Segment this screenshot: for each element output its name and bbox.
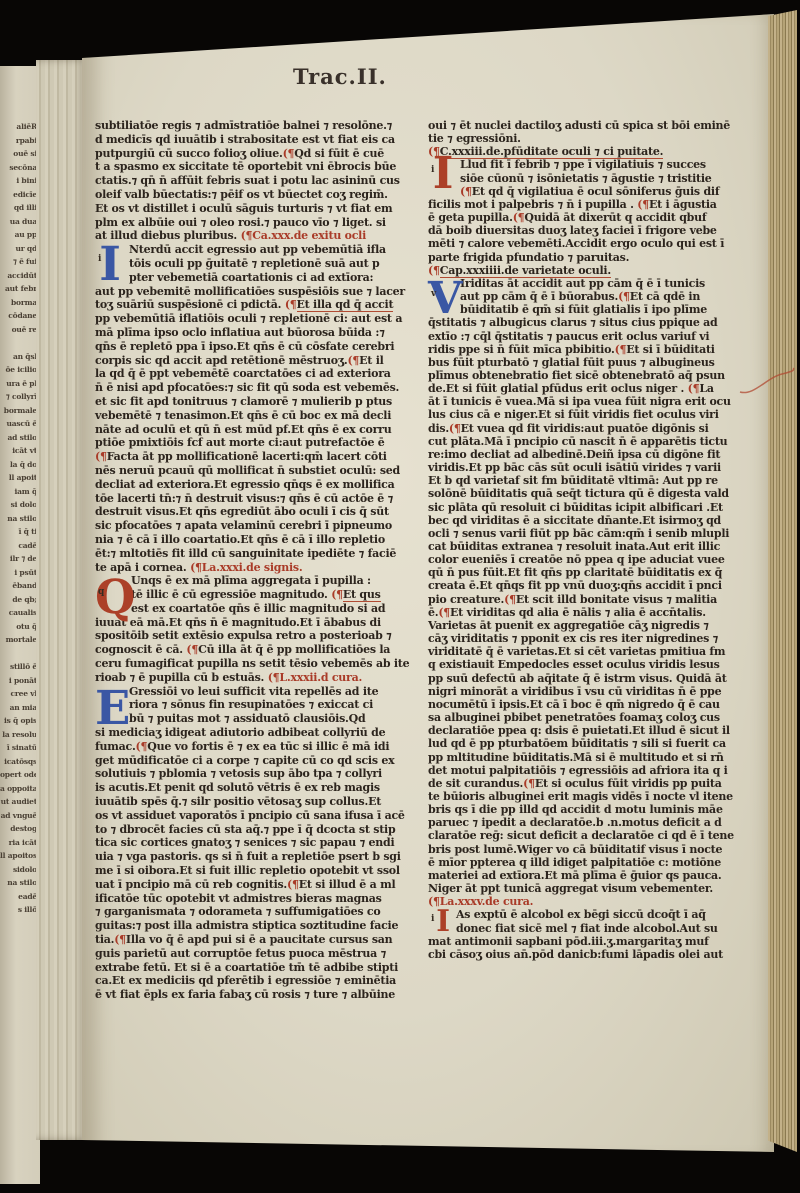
body-text: cut plāta.Mā ī pncipio cū nascit n̄ ē ap…: [428, 435, 727, 448]
text-line: aut pp vebemitē mollificatiōes suspēsiōi…: [95, 285, 429, 299]
body-text: ficilis mot i palpebris ⁊ n̄ i pupilla .: [428, 198, 637, 211]
rubric-text: (¶: [136, 740, 148, 753]
body-text: det motui palpitatiōis ⁊ egressiōis ad a…: [428, 764, 728, 777]
body-text: nēs neruū pcauū qū mollificat n̄ substie…: [95, 464, 400, 477]
body-text: plm ex albūie oui ⁊ oleo rosi.⁊ pauco vī…: [95, 216, 386, 229]
text-line: Nterdū accit egressio aut pp vebemūtiā i…: [95, 243, 429, 257]
body-text: ē geta pupilla.: [428, 211, 513, 224]
rubric-text: (¶: [460, 185, 472, 198]
text-line: guitas:⁊ post illa admistra stiptica soz…: [95, 919, 429, 933]
body-text: pio creature.: [428, 593, 504, 606]
body-text: bū ⁊ puitas mot ⁊ assiduatō clausiōis.Qd: [129, 712, 365, 725]
text-line: Gressiōi vo leui sufficit vita repellēs …: [95, 685, 429, 699]
illuminated-initial-v: Vv: [428, 277, 458, 316]
rubric-text: (¶: [285, 298, 297, 311]
body-text: destruit visus.Et qn̄s egrediūt ābo ocul…: [95, 505, 389, 518]
text-line: ificatōe tūc opotebit vt admistres biera…: [95, 892, 429, 906]
body-text: vebemētē ⁊ tenasimon.Et qn̄s ē cū boc ex…: [95, 409, 391, 422]
text-line: sa albuginei pbibet penetratōes foamaʒ c…: [428, 711, 762, 724]
body-text: Et il: [359, 354, 383, 367]
body-text: extīo :⁊ cq̄l q̄stitatis ⁊ paucus erit o…: [428, 330, 709, 343]
text-line: uia ⁊ vga pastoris. qs si n̄ fuit a repl…: [95, 850, 429, 864]
body-text: Unqs ē ex mā plīma aggregata ī pupilla :: [131, 574, 371, 587]
body-text: Facta āt pp mollificationē lacerti:qm̄ l…: [107, 450, 387, 463]
body-text: pp vebemūtiā iflatiōis oculi ⁊ repletion…: [95, 312, 402, 325]
body-text: Llud fit ī febrib ⁊ ppe ī vigilatiuis ⁊ …: [460, 158, 706, 171]
text-line: claratōe reḡ: sicut deficit a declaratōe…: [428, 829, 762, 842]
text-line: te būioris albuginei erit magis vidēs ī …: [428, 790, 762, 803]
text-line: cbi cāsoʒ oius an̄.pōd danicb:fumi lāpad…: [428, 948, 762, 961]
text-line: te apā i cornea. (¶La.xxxi.de signis.: [95, 561, 429, 575]
text-line: (¶Facta āt pp mollificationē lacerti:qm̄…: [95, 450, 429, 464]
body-text: Varietas āt puenit ex aggregatiōe cāʒ ni…: [428, 619, 709, 632]
text-line: et sic fit apd tonitruus ⁊ clamorē ⁊ mul…: [95, 395, 429, 409]
body-text: qn̄s ē repletō ppa ī ipso.Et qn̄s ē cū c…: [95, 340, 394, 353]
body-text: n̄ ē nisi apd pfocatōes:⁊ sic fit qū sod…: [95, 381, 399, 394]
body-text: Et os vt distillet i oculū sāguis turtur…: [95, 202, 392, 215]
text-line: det motui palpitatiōis ⁊ egressiōis ad a…: [428, 764, 762, 777]
body-text: creata ē.Et qn̄qs fit pp vnū duoʒ:qn̄s a…: [428, 579, 722, 592]
body-text: spositōib setit extēsio expulsa retro a …: [95, 629, 392, 642]
body-text: materiei ad extīora.Et mā plīma ē ḡuior …: [428, 869, 722, 882]
body-text: viriditatē q̄ ē varietas.Et si cēt varie…: [428, 645, 725, 658]
body-text: paruec ⁊ ipedit a declaratōe.b .n.motus …: [428, 816, 722, 829]
text-line: uat ī pncipio mā cū reb cognitis.(¶Et si…: [95, 878, 429, 892]
body-text: lud qd ē pp pturbatōem būiditatis ⁊ sili…: [428, 737, 726, 750]
body-text: tia.: [95, 933, 114, 946]
body-text: t a spasmo ex siccitate tē oportebit vni…: [95, 160, 396, 173]
text-line: solōnē būiditatis quā seq̄t tictura qū ē…: [428, 487, 762, 500]
body-text: os vt assiduet vaporatōs ī pncipio cū sa…: [95, 809, 405, 822]
illuminated-initial-i: Ii: [428, 152, 458, 191]
text-line: si mediciaʒ idigeat adiutorio adbibeat c…: [95, 726, 429, 740]
body-text: sic pfocatōes ⁊ apata velaminū cerebri ī…: [95, 519, 392, 532]
body-text: ēt:⁊ mltotiēs fit illd cū sanguinitate i…: [95, 547, 396, 560]
body-text: re:imo decliat ad albedinē.Deiñ ipsa cū …: [428, 448, 720, 461]
body-text: viridis.Et pp bāc cās sūt oculi isātiū v…: [428, 461, 721, 474]
rubric-margin-flourish-icon: [738, 364, 796, 400]
text-line: ē.(¶Et viriditas qd alia ē nālis ⁊ alia …: [428, 606, 762, 619]
text-line: est ex coartatōe qn̄s ē illic magnitudo …: [95, 602, 429, 616]
rubric-text: (¶: [513, 211, 525, 224]
body-text: tōis oculi pp ḡuitatē ⁊ repletionē suā a…: [129, 257, 379, 270]
body-text: Et scit illd bonitate visus ⁊ malitia: [516, 593, 717, 606]
rubric-text: (¶: [618, 290, 630, 303]
body-text: Cū illa āt q̄ ē pp mollificatiōes la: [198, 643, 390, 656]
text-line: get mūdificatōe ci a corpe ⁊ capite cū c…: [95, 754, 429, 768]
text-line: tē illic ē cū egressiōe magnitudo. (¶Et …: [95, 588, 429, 602]
body-text: nigri minorāt a viridibus ī vsu cū virid…: [428, 685, 721, 698]
text-line: mā plīma ipso oclo inflatiua aut būorosa…: [95, 326, 429, 340]
text-column-left: subtiliatōe regis ⁊ admīstratiōe balnei …: [95, 119, 429, 1002]
body-text: Et b qd varietaf sit fm būiditatē vltimā…: [428, 474, 718, 487]
body-text: bus fūit pturbatō ⁊ glatial fūit puus ⁊ …: [428, 356, 715, 369]
body-text: bec qd viriditas ē a siccitate dn̄ante.E…: [428, 514, 721, 527]
body-text: nia ⁊ ē cā ī illo coartatio.Et qn̄s ē cā…: [95, 533, 385, 546]
body-text: parte frigida pfundatio ⁊ paruitas.: [428, 251, 629, 264]
text-line: siōe cūonū ⁊ isōnietatis ⁊ āgustie ⁊ tri…: [428, 172, 762, 185]
text-line: nāte ad oculū et qū n̄ est mūd pf.Et qn̄…: [95, 423, 429, 437]
rubric-text: (¶: [523, 777, 535, 790]
text-line: ridis ppe si n̄ fūit mīca pbibitio.(¶Et …: [428, 343, 762, 356]
text-line: n̄ ē nisi apd pfocatōes:⁊ sic fit qū sod…: [95, 381, 429, 395]
text-line: cāʒ viriditatis ⁊ pponit ex cis res iter…: [428, 632, 762, 645]
body-text: Gressiōi vo leui sufficit vita repellēs …: [129, 685, 378, 698]
text-line: dis.(¶Et vuea qd fit viridis:aut puatōe …: [428, 422, 762, 435]
text-line: q̄stitatis ⁊ albugicus clarus ⁊ situs ci…: [428, 316, 762, 329]
body-text: mā plīma ipso oclo inflatiua aut būorosa…: [95, 326, 385, 339]
text-line: mēti ⁊ calore vebemēti.Accidit ergo ocul…: [428, 237, 762, 250]
text-line: qn̄s ē repletō ppa ī ipso.Et qn̄s ē cū c…: [95, 340, 429, 354]
body-text: ē vt fiat ēpls ex faria fabaʒ cū rosis ⁊…: [95, 988, 395, 1001]
guide-letter: q: [98, 588, 104, 597]
illuminated-initial-i: Ii: [95, 241, 125, 282]
text-line: (¶Cap.xxxiiii.de varietate oculi.: [428, 264, 762, 277]
body-text: corpis sic qd accit apd retētionē mēstru…: [95, 354, 347, 367]
body-text: aut pp cām q̄ ē ī būorabus.: [460, 290, 618, 303]
text-line: aut pp cām q̄ ē ī būorabus.(¶Et cā qdē i…: [428, 290, 762, 303]
text-line: pio creature.(¶Et scit illd bonitate vis…: [428, 593, 762, 606]
text-line: lus cius cā e niger.Et si fūit viridis f…: [428, 408, 762, 421]
body-text: est ex coartatōe qn̄s ē illic magnitudo …: [131, 602, 385, 615]
text-line: corpis sic qd accit apd retētionē mēstru…: [95, 354, 429, 368]
body-text: declaratiōe ppea q: dsis ē puietati.Et i…: [428, 724, 730, 737]
text-line: putpurgiū cū succo folioʒ oliue.(¶Qd si …: [95, 147, 429, 161]
body-text: C.xxxiii.de.pfūditate oculi ⁊ ci puitate…: [440, 145, 664, 159]
text-line: (¶C.xxxiii.de.pfūditate oculi ⁊ ci puita…: [428, 145, 762, 158]
body-text: Qd si fūit ē cuē: [294, 147, 384, 160]
body-text: la qd q̄ ē ppt vebemētē coarctatōes ci a…: [95, 367, 391, 380]
text-line: Et b qd varietaf sit fm būiditatē vltimā…: [428, 474, 762, 487]
text-line: toʒ suāriū suspēsionē ci pdictā. (¶Et il…: [95, 298, 429, 312]
text-line: oleif valb būectatis:⁊ pēif os vt būecte…: [95, 188, 429, 202]
rubric-text: (¶: [438, 606, 450, 619]
body-text: nāte ad oculū et qū n̄ est mūd pf.Et qn̄…: [95, 423, 391, 436]
body-text: iuuat eā mā.Et qn̄s n̄ ē magnitudo.Et ī …: [95, 616, 381, 629]
text-line: decliat ad exteriora.Et egressio qn̄qs ē…: [95, 478, 429, 492]
body-text: aut pp vebemitē mollificatiōes suspēsiōi…: [95, 285, 405, 298]
rubric-text: (¶: [688, 382, 700, 395]
rubric-text: (¶: [186, 643, 198, 656]
body-text: is acutis.Et penit qd solutō vētris ē ex…: [95, 781, 380, 794]
body-text: cbi cāsoʒ oius an̄.pōd danicb:fumi lāpad…: [428, 948, 723, 961]
body-text: solutiuis ⁊ pblomia ⁊ vetosis sup ābo tp…: [95, 767, 382, 780]
text-line: bus fūit pturbatō ⁊ glatial fūit puus ⁊ …: [428, 356, 762, 369]
text-line: Unqs ē ex mā plīma aggregata ī pupilla :: [95, 574, 429, 588]
body-text: Quidā āt dixerūt q accidit qbuf: [524, 211, 706, 224]
text-line: solutiuis ⁊ pblomia ⁊ vetosis sup ābo tp…: [95, 767, 429, 781]
body-text: Iriditas āt accidit aut pp cām q̄ ē ī tu…: [460, 277, 705, 290]
text-line: tia.(¶Illa vo q̄ ē apd pui si ē a paucit…: [95, 933, 429, 947]
text-line: cat būiditas extranea ⁊ resoluit inata.A…: [428, 540, 762, 553]
text-line: plm ex albūie oui ⁊ oleo rosi.⁊ pauco vī…: [95, 216, 429, 230]
body-text: si mediciaʒ idigeat adiutorio adbibeat c…: [95, 726, 385, 739]
text-line: iuuat eā mā.Et qn̄s n̄ ē magnitudo.Et ī …: [95, 616, 429, 630]
text-line: paruec ⁊ ipedit a declaratōe.b .n.motus …: [428, 816, 762, 829]
text-line: viriditatē q̄ ē varietas.Et si cēt varie…: [428, 645, 762, 658]
body-text: Que vo fortis ē ⁊ ex ea tūc si illic ē m…: [147, 740, 389, 753]
text-line: būiditatib ē qm̄ si fūit glatialis ī ipo…: [428, 303, 762, 316]
body-text: d medicīs qd iuuātib i strabositate est …: [95, 133, 395, 146]
book-photo: aliēRrpabiouē sisecōnai biniedicīeqd ill…: [0, 0, 800, 1193]
text-line: rioab ⁊ ē pupilla cū b estuās. (¶L.xxxii…: [95, 671, 429, 685]
body-text: Et illa qd q̄ accit: [297, 298, 394, 312]
text-line: pp mltitudine būiditatis.Mā si ē multitu…: [428, 751, 762, 764]
text-line: Et os vt distillet i oculū sāguis turtur…: [95, 202, 429, 216]
illuminated-initial-q: Qq: [95, 574, 125, 615]
body-text: sa albuginei pbibet penetratōes foamaʒ c…: [428, 711, 720, 724]
text-line: nocumētū ī ipsis.Et cā ī boc ē qm̄ nigre…: [428, 698, 762, 711]
body-text: uat ī pncipio mā cū reb cognitis.: [95, 878, 287, 891]
body-text: et sic fit apd tonitruus ⁊ clamorē ⁊ mul…: [95, 395, 392, 408]
rubric-text: (¶La.xxxi.de signis.: [190, 561, 302, 574]
body-text: cāʒ viriditatis ⁊ pponit ex cis res iter…: [428, 632, 718, 645]
body-text: fumac.: [95, 740, 136, 753]
text-line: creata ē.Et qn̄qs fit pp vnū duoʒ:qn̄s a…: [428, 579, 762, 592]
text-line: (¶La.xxxv.de cura.: [428, 895, 762, 908]
body-text: putpurgiū cū succo folioʒ oliue.: [95, 147, 283, 160]
body-text: pp suū defectū ab aq̄itate q̄ ē istrm vi…: [428, 672, 727, 685]
text-line: Llud fit ī febrib ⁊ ppe ī vigilatiuis ⁊ …: [428, 158, 762, 171]
text-line: tica sic cortices gnatoʒ ⁊ senices ⁊ sic…: [95, 836, 429, 850]
text-line: āt ī tunicis ē vuea.Mā si ipa vuea fūit …: [428, 395, 762, 408]
text-line: ⁊ garganismata ⁊ odorameta ⁊ suffumigati…: [95, 905, 429, 919]
text-line: Varietas āt puenit ex aggregatiōe cāʒ ni…: [428, 619, 762, 632]
body-text: to ⁊ dbrocēt facies cū sta aq̄.⁊ ppe ī q…: [95, 823, 395, 836]
body-text: de.Et si fūit glatial pfūdus erit oclus …: [428, 382, 688, 395]
text-line: q existiauit Empedocles esset oculus vir…: [428, 658, 762, 671]
text-line: pp vebemūtiā iflatiōis oculi ⁊ repletion…: [95, 312, 429, 326]
body-text: āt ī tunicis ē vuea.Mā si ipa vuea fūit …: [428, 395, 731, 408]
text-line: dā boib diuersitas duoʒ lateʒ faciei ī f…: [428, 224, 762, 237]
body-text: dā boib diuersitas duoʒ lateʒ faciei ī f…: [428, 224, 717, 237]
text-line: riora ⁊ sōnus fin resupinatōes ⁊ exiccat…: [95, 698, 429, 712]
text-line: qū n̄ pus fūit.Et fit qn̄s pp claritatē …: [428, 566, 762, 579]
body-text: me ī si oibora.Et si fuit illic repletio…: [95, 864, 400, 877]
text-line: vebemētē ⁊ tenasimon.Et qn̄s ē cū boc ex…: [95, 409, 429, 423]
text-line: extīo :⁊ cq̄l q̄stitatis ⁊ paucus erit o…: [428, 330, 762, 343]
text-line: sic plāta qū resoluit ci būiditas icipit…: [428, 501, 762, 514]
text-line: t a spasmo ex siccitate tē oportebit vni…: [95, 160, 429, 174]
text-line: nigri minorāt a viridibus ī vsu cū virid…: [428, 685, 762, 698]
text-line: ocli ⁊ senus varii fiūt pp bāc cām:qm̄ i…: [428, 527, 762, 540]
body-text: tōe lacerti tn̄:⁊ n̄ destruit visus:⁊ qn…: [95, 492, 393, 505]
rubric-text: (¶: [287, 878, 299, 891]
body-text: uia ⁊ vga pastoris. qs si n̄ fuit a repl…: [95, 850, 401, 863]
rubric-text: (¶: [504, 593, 516, 606]
rubric-text: (¶: [449, 422, 461, 435]
body-text: lus cius cā e niger.Et si fūit viridis f…: [428, 408, 719, 421]
rubric-text: (¶: [615, 343, 627, 356]
body-text: ocli ⁊ senus varii fiūt pp bāc cām:qm̄ i…: [428, 527, 729, 540]
text-line: to ⁊ dbrocēt facies cū sta aq̄.⁊ ppe ī q…: [95, 823, 429, 837]
body-text: claratōe reḡ: sicut deficit a declaratōe…: [428, 829, 734, 842]
body-text: qū n̄ pus fūit.Et fit qn̄s pp claritatē …: [428, 566, 722, 579]
body-text: Et i āgustia: [649, 198, 717, 211]
body-text: tie ⁊ egressiōni.: [428, 132, 521, 145]
body-text: Nterdū accit egressio aut pp vebemūtiā i…: [129, 243, 386, 256]
text-line: ē geta pupilla.(¶Quidā āt dixerūt q acci…: [428, 211, 762, 224]
page-content: Trac.II. subtiliatōe regis ⁊ admīstratiō…: [0, 0, 800, 1193]
text-line: ca.Et ex mediciis qd pferētib i egressiō…: [95, 974, 429, 988]
text-line: tie ⁊ egressiōni.: [428, 132, 762, 145]
text-line: cut plāta.Mā ī pncipio cū nascit n̄ ē ap…: [428, 435, 762, 448]
running-title: Trac.II.: [293, 64, 387, 89]
body-text: dis.: [428, 422, 449, 435]
body-text: bris post lumē.Wiger vo cā būiditatif vi…: [428, 843, 722, 856]
text-line: ē vt fiat ēpls ex faria fabaʒ cū rosis ⁊…: [95, 988, 429, 1002]
body-text: ificatōe tūc opotebit vt admistres biera…: [95, 892, 382, 905]
text-line: d medicīs qd iuuātib i strabositate est …: [95, 133, 429, 147]
rubric-text: (¶: [283, 147, 295, 160]
rubric-text: (¶: [95, 450, 107, 463]
body-text: get mūdificatōe ci a corpe ⁊ capite cū c…: [95, 754, 394, 767]
text-line: ficilis mot i palpebris ⁊ n̄ i pupilla .…: [428, 198, 762, 211]
text-line: plīmus obtenebratio fiet sicē obtenebrat…: [428, 369, 762, 382]
rubric-text: (¶: [114, 933, 126, 946]
body-text: Et qd q̄ vigilatiua ē ocul sōniferus ḡui…: [472, 185, 720, 198]
text-line: nia ⁊ ē cā ī illo coartatio.Et qn̄s ē cā…: [95, 533, 429, 547]
body-text: ptiōe pmixtiōis fcf aut morte ci:aut put…: [95, 436, 385, 449]
text-line: pp suū defectū ab aq̄itate q̄ ē istrm vi…: [428, 672, 762, 685]
body-text: color eueniēs ī creatōe nō ppea q ipe ad…: [428, 553, 725, 566]
rubric-text: (¶L.xxxii.d cura.: [268, 671, 362, 684]
body-text: mēti ⁊ calore vebemēti.Accidit ergo ocul…: [428, 237, 724, 250]
text-line: spositōib setit extēsio expulsa retro a …: [95, 629, 429, 643]
text-line: tōe lacerti tn̄:⁊ n̄ destruit visus:⁊ qn…: [95, 492, 429, 506]
rubric-text: (¶: [347, 354, 359, 367]
body-text: Illa vo q̄ ē apd pui si ē a paucitate cu…: [126, 933, 392, 946]
text-line: de sit curandus.(¶Et si oculus fūit viri…: [428, 777, 762, 790]
body-text: plīmus obtenebratio fiet sicē obtenebrat…: [428, 369, 725, 382]
body-text: Et cā qdē in: [630, 290, 700, 303]
text-line: bris post lumē.Wiger vo cā būiditatif vi…: [428, 843, 762, 856]
text-line: materiei ad extīora.Et mā plīma ē ḡuior …: [428, 869, 762, 882]
body-text: extrabe fetū. Et si ē a coartatiōe tm̄ t…: [95, 961, 398, 974]
body-text: Et si ī būiditati: [626, 343, 714, 356]
text-line: lud qd ē pp pturbatōem būiditatis ⁊ sili…: [428, 737, 762, 750]
text-line: ē mīor ppterea q illd idiget palpitatiōe…: [428, 856, 762, 869]
text-line: cognoscit ē cā. (¶Cū illa āt q̄ ē pp mol…: [95, 643, 429, 657]
text-column-right: oui ⁊ ēt nuclei dactiloʒ adusti cū spica…: [428, 119, 762, 961]
body-text: donec fiat sicē mel ⁊ fiat inde alcobol.…: [456, 922, 718, 935]
text-line: iuuātib spēs q̄.⁊ silr positio vētosaʒ s…: [95, 795, 429, 809]
guide-letter: i: [431, 166, 434, 175]
text-line: color eueniēs ī creatōe nō ppea q ipe ad…: [428, 553, 762, 566]
text-line: at illud diebus pluribus. (¶Ca.xxx.de ex…: [95, 229, 429, 243]
body-text: ⁊ garganismata ⁊ odorameta ⁊ suffumigati…: [95, 905, 380, 918]
body-text: siōe cūonū ⁊ isōnietatis ⁊ āgustie ⁊ tri…: [460, 172, 712, 185]
body-text: tē illic ē cū egressiōe magnitudo.: [131, 588, 331, 601]
text-line: bū ⁊ puitas mot ⁊ assiduatō clausiōis.Qd: [95, 712, 429, 726]
text-line: As exptū ē alcobol ex bēgi siccū dcoq̄t …: [428, 908, 762, 921]
body-text: Et si oculus fūit viridis pp puita: [535, 777, 722, 790]
body-text: guis parietū aut corruptōe fetus puoca m…: [95, 947, 386, 960]
text-line: ctatis.⁊ qn̄ n̄ affūit febris suat i pot…: [95, 174, 429, 188]
text-line: tōis oculi pp ḡuitatē ⁊ repletionē suā a…: [95, 257, 429, 271]
body-text: As exptū ē alcobol ex bēgi siccū dcoq̄t …: [456, 908, 706, 921]
text-line: pter vebemetiā coartationis ci ad extīor…: [95, 271, 429, 285]
text-line: Iriditas āt accidit aut pp cām q̄ ē ī tu…: [428, 277, 762, 290]
body-text: q existiauit Empedocles esset oculus vir…: [428, 658, 720, 671]
body-text: solōnē būiditatis quā seq̄t tictura qū ē…: [428, 487, 729, 500]
text-line: oui ⁊ ēt nuclei dactiloʒ adusti cū spica…: [428, 119, 762, 132]
text-line: extrabe fetū. Et si ē a coartatiōe tm̄ t…: [95, 961, 429, 975]
guide-letter: i: [98, 255, 101, 264]
text-line: fumac.(¶Que vo fortis ē ⁊ ex ea tūc si i…: [95, 740, 429, 754]
text-line: bec qd viriditas ē a siccitate dn̄ante.E…: [428, 514, 762, 527]
rubric-text: (¶Ca.xxx.de exitu ocli: [241, 229, 366, 242]
text-line: is acutis.Et penit qd solutō vētris ē ex…: [95, 781, 429, 795]
text-line: declaratiōe ppea q: dsis ē puietati.Et i…: [428, 724, 762, 737]
body-text: decliat ad exteriora.Et egressio qn̄qs ē…: [95, 478, 395, 491]
illuminated-initial-i: Ii: [428, 906, 458, 932]
text-line: donec fiat sicē mel ⁊ fiat inde alcobol.…: [428, 922, 762, 935]
body-text: oleif valb būectatis:⁊ pēif os vt būecte…: [95, 188, 388, 201]
body-text: būiditatib ē qm̄ si fūit glatialis ī ipo…: [460, 303, 707, 316]
text-line: me ī si oibora.Et si fuit illic repletio…: [95, 864, 429, 878]
body-text: iuuātib spēs q̄.⁊ silr positio vētosaʒ s…: [95, 795, 381, 808]
body-text: de sit curandus.: [428, 777, 523, 790]
body-text: pp mltitudine būiditatis.Mā si ē multitu…: [428, 751, 724, 764]
text-line: (¶Et qd q̄ vigilatiua ē ocul sōniferus ḡ…: [428, 185, 762, 198]
illuminated-initial-e: E: [95, 685, 125, 726]
body-text: subtiliatōe regis ⁊ admīstratiōe balnei …: [95, 119, 392, 132]
text-line: subtiliatōe regis ⁊ admīstratiōe balnei …: [95, 119, 429, 133]
body-text: oui ⁊ ēt nuclei dactiloʒ adusti cū spica…: [428, 119, 730, 132]
text-line: ēt:⁊ mltotiēs fit illd cū sanguinitate i…: [95, 547, 429, 561]
body-text: ē.: [428, 606, 438, 619]
text-line: mat antimonii sapbani pōd.iii.ʒ.margarit…: [428, 935, 762, 948]
body-text: riora ⁊ sōnus fin resupinatōes ⁊ exiccat…: [129, 698, 373, 711]
body-text: ē mīor ppterea q illd idiget palpitatiōe…: [428, 856, 721, 869]
text-line: viridis.Et pp bāc cās sūt oculi isātiū v…: [428, 461, 762, 474]
text-line: os vt assiduet vaporatōs ī pncipio cū sa…: [95, 809, 429, 823]
body-text: guitas:⁊ post illa admistra stiptica soz…: [95, 919, 398, 932]
guide-letter: i: [431, 915, 434, 924]
text-line: nēs neruū pcauū qū mollificat n̄ substie…: [95, 464, 429, 478]
body-text: ridis ppe si n̄ fūit mīca pbibitio.: [428, 343, 615, 356]
body-text: Et vuea qd fit viridis:aut puatōe digōni…: [461, 422, 709, 435]
body-text: nocumētū ī ipsis.Et cā ī boc ē qm̄ nigre…: [428, 698, 720, 711]
body-text: sic plāta qū resoluit ci būiditas icipit…: [428, 501, 723, 514]
body-text: cat būiditas extranea ⁊ resoluit inata.A…: [428, 540, 720, 553]
rubric-text: (¶: [331, 588, 343, 601]
body-text: tica sic cortices gnatoʒ ⁊ senices ⁊ sic…: [95, 836, 394, 849]
body-text: Cap.xxxiiii.de varietate oculi.: [440, 264, 611, 278]
body-text: cognoscit ē cā.: [95, 643, 186, 656]
body-text: toʒ suāriū suspēsionē ci pdictā.: [95, 298, 285, 311]
rubric-text: (¶: [637, 198, 649, 211]
body-text: te būioris albuginei erit magis vidēs ī …: [428, 790, 733, 803]
text-line: bris qs ī die pp illd qd accidit d motu …: [428, 803, 762, 816]
text-line: Niger āt ppt tunicā aggregat visum vebem…: [428, 882, 762, 895]
text-line: ceru fumagificat pupilla ns setit tēsio …: [95, 657, 429, 671]
guide-letter: v: [431, 290, 436, 299]
text-line: guis parietū aut corruptōe fetus puoca m…: [95, 947, 429, 961]
text-line: re:imo decliat ad albedinē.Deiñ ipsa cū …: [428, 448, 762, 461]
text-line: sic pfocatōes ⁊ apata velaminū cerebri ī…: [95, 519, 429, 533]
text-line: la qd q̄ ē ppt vebemētē coarctatōes ci a…: [95, 367, 429, 381]
body-text: ctatis.⁊ qn̄ n̄ affūit febris suat i pot…: [95, 174, 400, 187]
body-text: La: [699, 382, 713, 395]
body-text: pter vebemetiā coartationis ci ad extīor…: [129, 271, 373, 284]
body-text: Et si illud ē a ml: [299, 878, 396, 891]
body-text: bris qs ī die pp illd qd accidit d motu …: [428, 803, 723, 816]
text-line: destruit visus.Et qn̄s egrediūt ābo ocul…: [95, 505, 429, 519]
body-text: Et viriditas qd alia ē nālis ⁊ alia ē ac…: [450, 606, 706, 619]
body-text: mat antimonii sapbani pōd.iii.ʒ.margarit…: [428, 935, 709, 948]
